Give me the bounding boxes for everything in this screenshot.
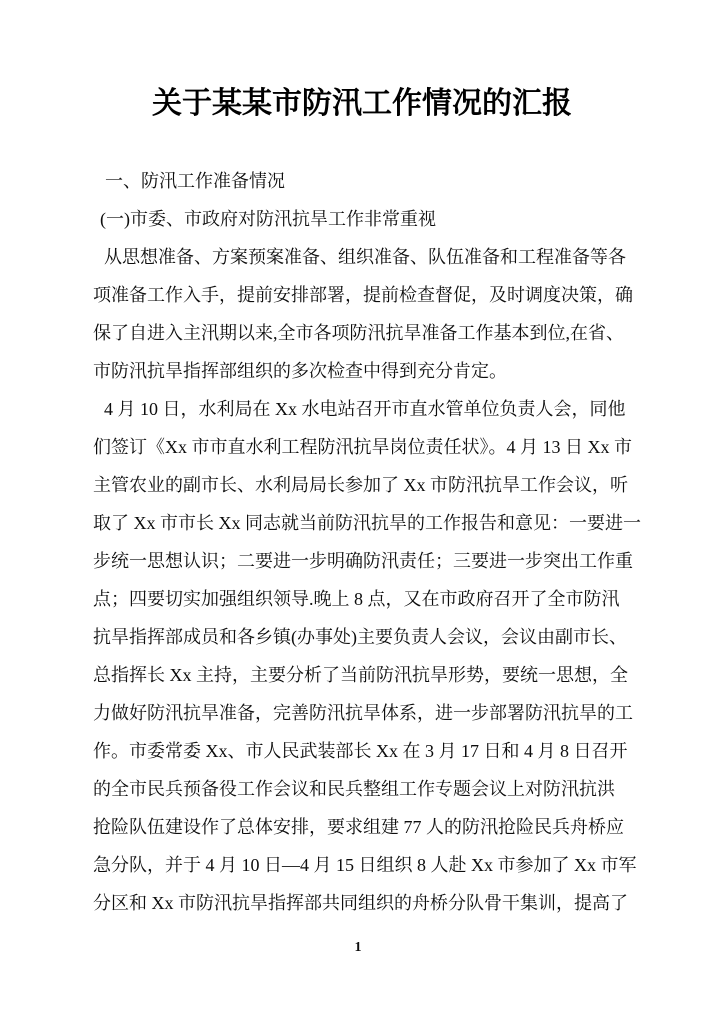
text-line: 4 月 10 日，水利局在 Xx 水电站召开市直水管单位负责人会，同他: [93, 390, 653, 428]
text-line: 总指挥长 Xx 主持，主要分析了当前防汛抗旱形势，要统一思想，全: [93, 656, 653, 694]
text-line: 取了 Xx 市市长 Xx 同志就当前防汛抗旱的工作报告和意见：一要进一: [93, 504, 653, 542]
document-body: 一、防汛工作准备情况(一)市委、市政府对防汛抗旱工作非常重视从思想准备、方案预案…: [93, 162, 653, 922]
text-line: 力做好防汛抗旱准备，完善防汛抗旱体系，进一步部署防汛抗旱的工: [93, 694, 653, 732]
text-line: 项准备工作入手，提前安排部署，提前检查督促，及时调度决策，确: [93, 276, 653, 314]
page-number: 1: [93, 936, 623, 960]
text-line: 点；四要切实加强组织领导.晚上 8 点，又在市政府召开了全市防汛: [93, 580, 653, 618]
heading-line: (一)市委、市政府对防汛抗旱工作非常重视: [93, 200, 653, 238]
text-line: 作。市委常委 Xx、市人民武装部长 Xx 在 3 月 17 日和 4 月 8 日…: [93, 732, 653, 770]
text-line: 市防汛抗旱指挥部组织的多次检查中得到充分肯定。: [93, 352, 653, 390]
text-line: 们签订《Xx 市市直水利工程防汛抗旱岗位责任状》。4 月 13 日 Xx 市: [93, 428, 653, 466]
text-line: 保了自进入主汛期以来,全市各项防汛抗旱准备工作基本到位,在省、: [93, 314, 653, 352]
text-line: 从思想准备、方案预案准备、组织准备、队伍准备和工程准备等各: [93, 238, 653, 276]
text-line: 主管农业的副市长、水利局局长参加了 Xx 市防汛抗旱工作会议，听: [93, 466, 653, 504]
heading-line: 一、防汛工作准备情况: [93, 162, 653, 200]
text-line: 的全市民兵预备役工作会议和民兵整组工作专题会议上对防汛抗洪: [93, 770, 653, 808]
document-title: 关于某某市防汛工作情况的汇报: [93, 84, 631, 124]
text-line: 分区和 Xx 市防汛抗旱指挥部共同组织的舟桥分队骨干集训，提高了: [93, 884, 653, 922]
text-line: 步统一思想认识；二要进一步明确防汛责任；三要进一步突出工作重: [93, 542, 653, 580]
document-page: 关于某某市防汛工作情况的汇报 一、防汛工作准备情况(一)市委、市政府对防汛抗旱工…: [0, 0, 721, 1020]
text-line: 急分队，并于 4 月 10 日—4 月 15 日组织 8 人赴 Xx 市参加了 …: [93, 846, 653, 884]
text-line: 抗旱指挥部成员和各乡镇(办事处)主要负责人会议，会议由副市长、: [93, 618, 653, 656]
text-line: 抢险队伍建设作了总体安排，要求组建 77 人的防汛抢险民兵舟桥应: [93, 808, 653, 846]
